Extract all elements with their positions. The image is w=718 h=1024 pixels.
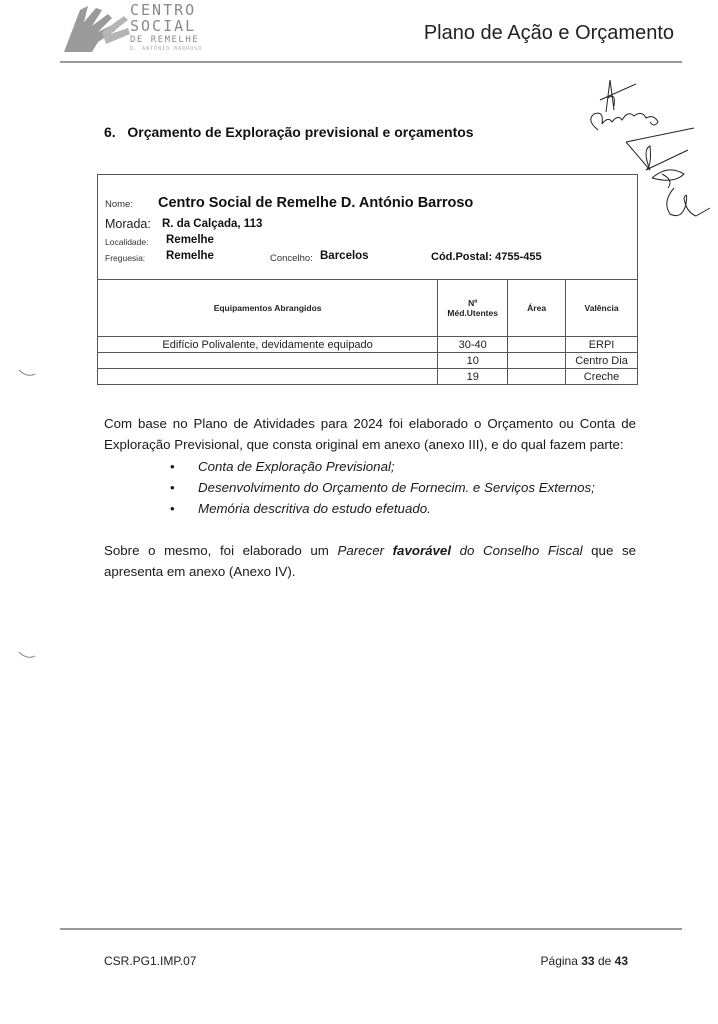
- list-item: Memória descritiva do estudo efetuado.: [170, 498, 595, 519]
- cell-area: [508, 337, 566, 353]
- header-valencia: Valência: [566, 280, 638, 337]
- cell-utentes: 30-40: [438, 337, 508, 353]
- table-row: Edifício Polivalente, devidamente equipa…: [98, 337, 638, 353]
- localidade-value: Remelhe: [166, 234, 214, 246]
- document-title: Plano de Ação e Orçamento: [424, 22, 674, 45]
- entity-info-box: Nome: Centro Social de Remelhe D. Antóni…: [97, 174, 638, 280]
- scan-mark-icon: [18, 650, 36, 660]
- header-divider: [60, 61, 682, 63]
- localidade-label: Localidade:: [105, 237, 148, 247]
- cell-utentes: 19: [438, 369, 508, 385]
- cell-equipamento: [98, 353, 438, 369]
- equipamentos-table: Equipamentos Abrangidos NºMéd.Utentes Ár…: [97, 279, 638, 385]
- nome-value: Centro Social de Remelhe D. António Barr…: [158, 195, 473, 211]
- scan-mark-icon: [18, 368, 36, 378]
- cell-valencia: Centro Dia: [566, 353, 638, 369]
- paragraph-parecer: Sobre o mesmo, foi elaborado um Parecer …: [104, 540, 636, 582]
- concelho-label: Concelho:: [270, 253, 313, 264]
- morada-value: R. da Calçada, 113: [162, 218, 262, 230]
- cell-utentes: 10: [438, 353, 508, 369]
- logo-text: CENTRO SOCIAL DE REMELHE D. ANTÓNIO BARR…: [130, 3, 202, 52]
- header-utentes: NºMéd.Utentes: [438, 280, 508, 337]
- cell-valencia: Creche: [566, 369, 638, 385]
- header-area: Área: [508, 280, 566, 337]
- hands-logo-icon: [62, 2, 132, 54]
- list-item: Conta de Exploração Previsional;: [170, 456, 595, 477]
- cell-equipamento: [98, 369, 438, 385]
- codigo-postal: Cód.Postal: 4755-455: [431, 251, 542, 263]
- section-heading: 6. Orçamento de Exploração previsional e…: [104, 124, 474, 140]
- document-code: CSR.PG1.IMP.07: [104, 954, 196, 968]
- table-header-row: Equipamentos Abrangidos NºMéd.Utentes Ár…: [98, 280, 638, 337]
- freguesia-label: Freguesia:: [105, 253, 145, 263]
- concelho-value: Barcelos: [320, 250, 369, 262]
- footer-divider: [60, 928, 682, 930]
- freguesia-value: Remelhe: [166, 250, 214, 262]
- nome-label: Nome:: [105, 199, 133, 210]
- cell-area: [508, 369, 566, 385]
- table-row: 19 Creche: [98, 369, 638, 385]
- cell-valencia: ERPI: [566, 337, 638, 353]
- cell-equipamento: Edifício Polivalente, devidamente equipa…: [98, 337, 438, 353]
- cell-area: [508, 353, 566, 369]
- organization-logo: CENTRO SOCIAL DE REMELHE D. ANTÓNIO BARR…: [62, 0, 272, 55]
- bullet-list: Conta de Exploração Previsional; Desenvo…: [170, 456, 595, 519]
- table-row: 10 Centro Dia: [98, 353, 638, 369]
- list-item: Desenvolvimento do Orçamento de Fornecim…: [170, 477, 595, 498]
- paragraph-intro: Com base no Plano de Atividades para 202…: [104, 413, 636, 455]
- morada-label: Morada:: [105, 217, 151, 231]
- page-number: Página 33 de 43: [541, 954, 628, 968]
- header-equipamentos: Equipamentos Abrangidos: [98, 280, 438, 337]
